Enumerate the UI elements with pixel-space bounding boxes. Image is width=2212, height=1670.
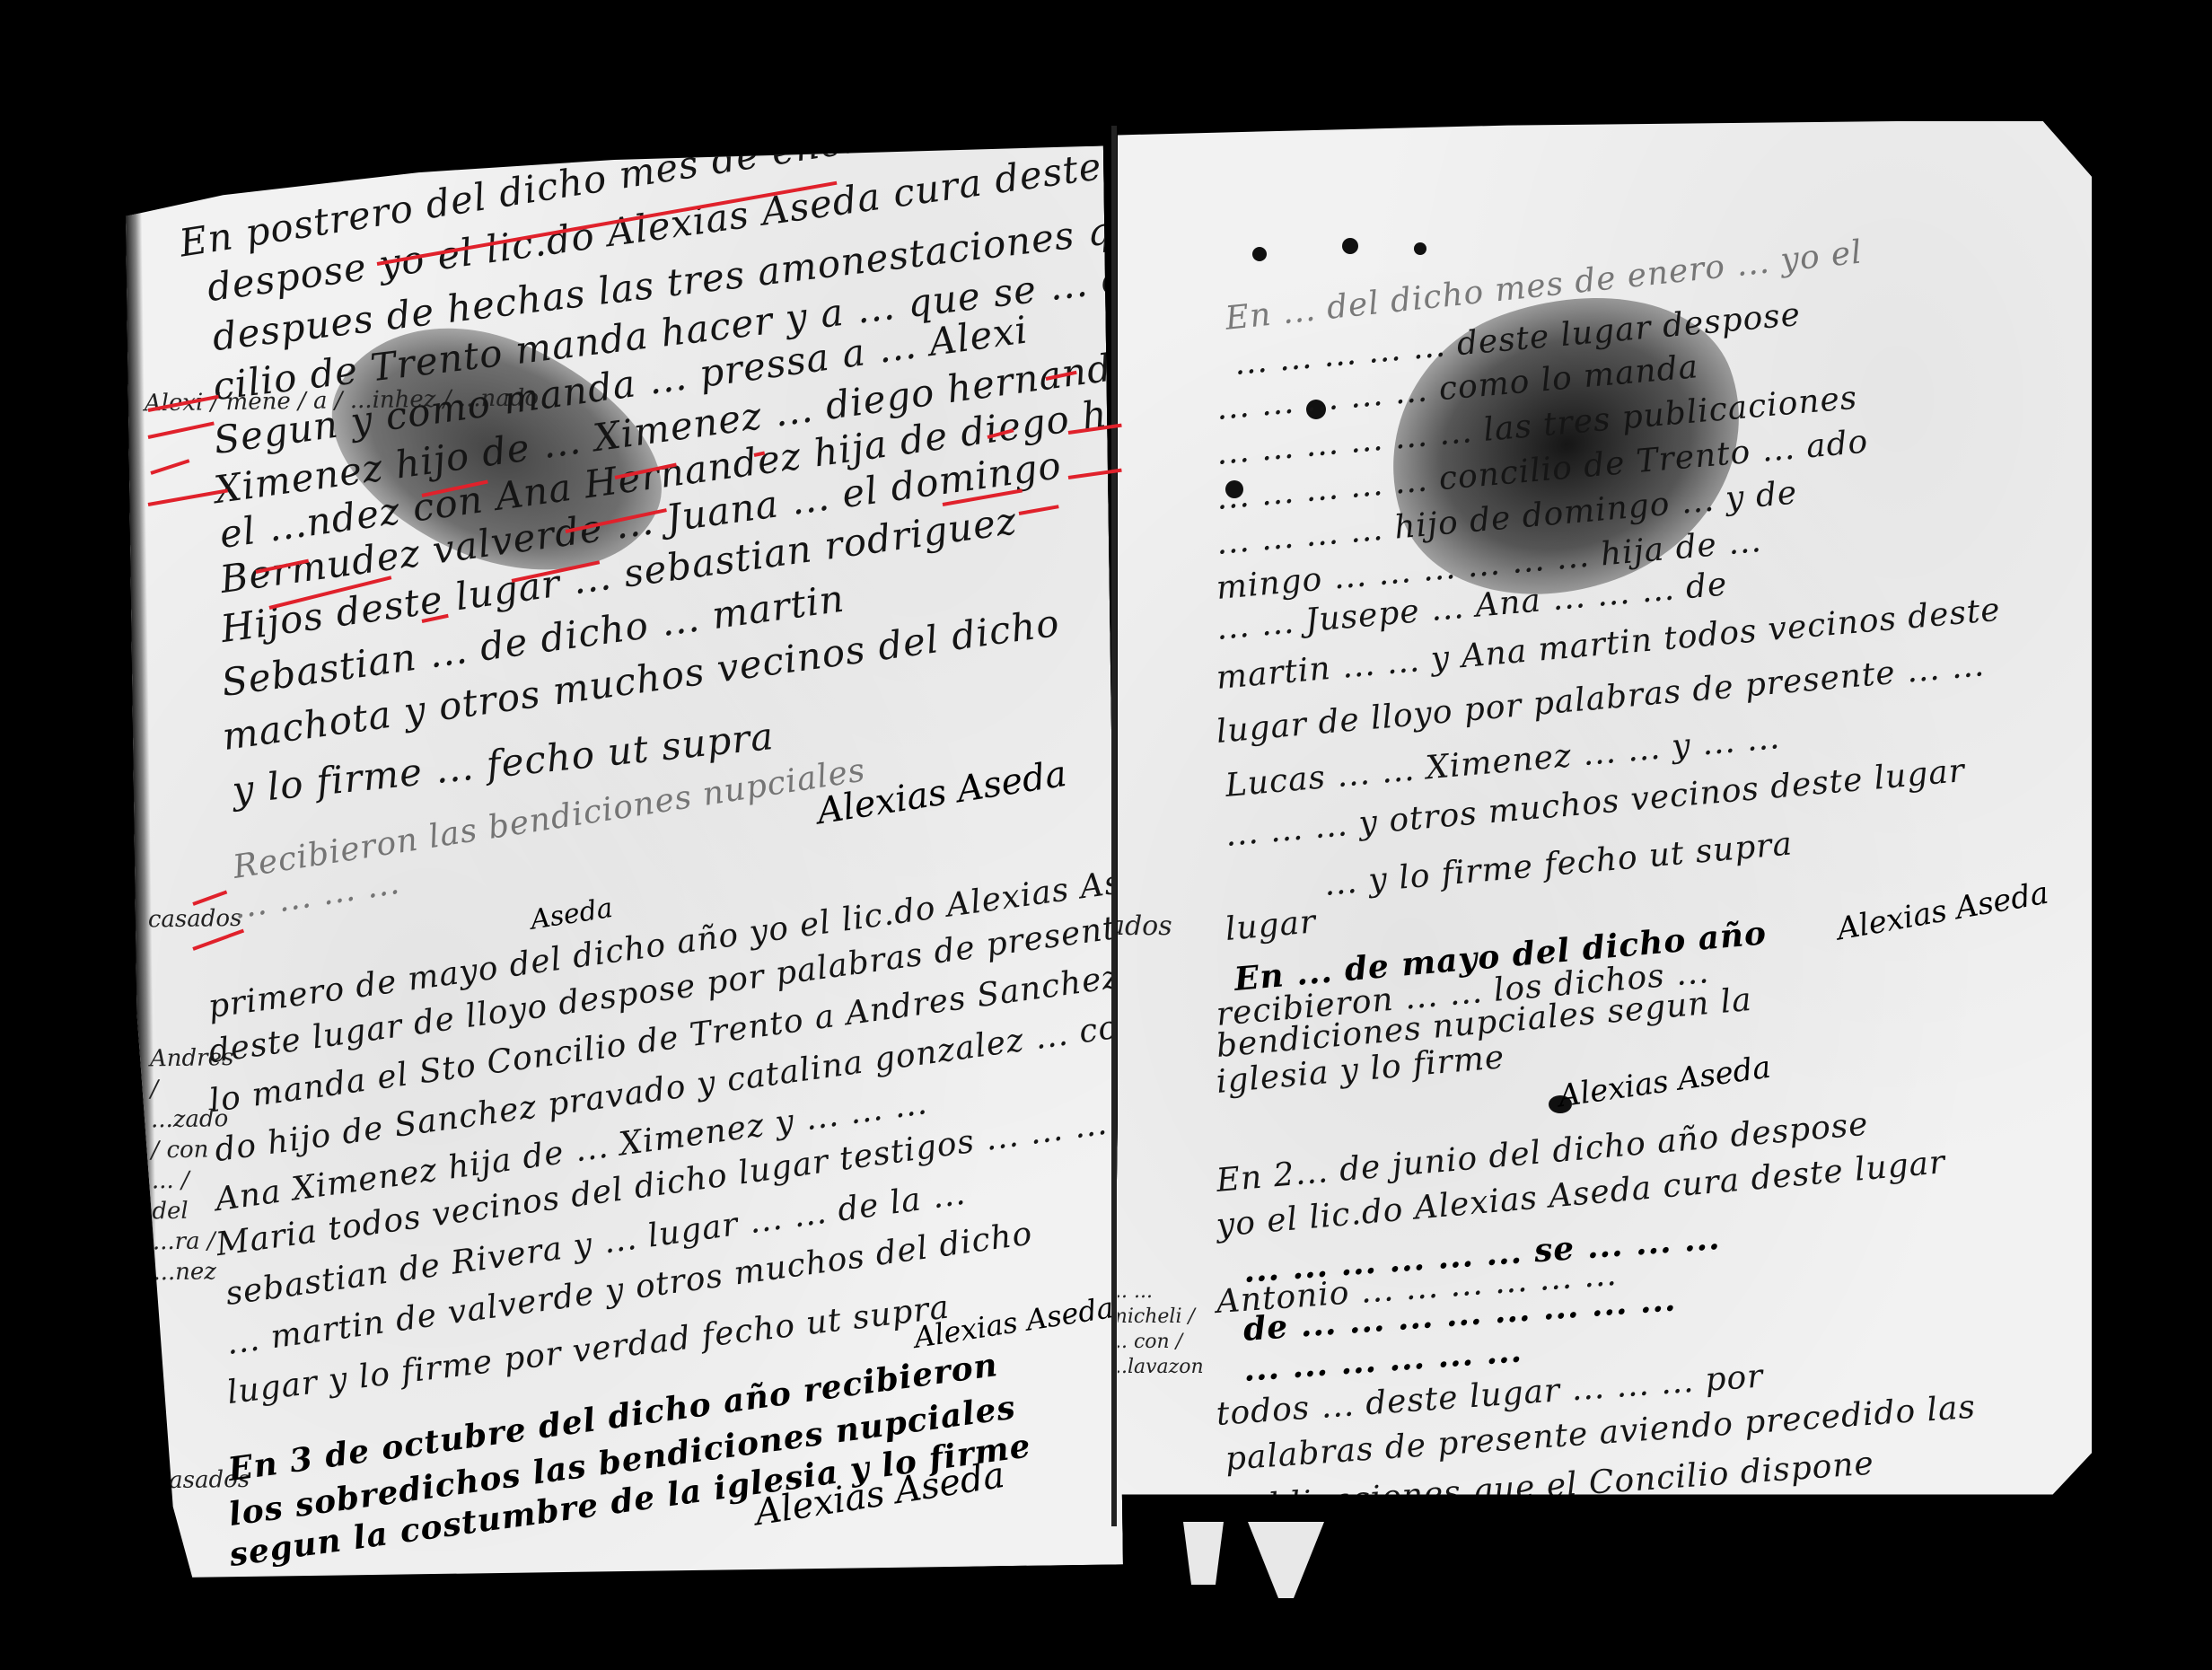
margin-note: casados xyxy=(148,903,242,935)
ink-drop xyxy=(1414,242,1426,255)
signature: Alexias Aseda xyxy=(1834,875,2051,948)
margin-note: casados xyxy=(1118,911,1172,942)
ink-drop xyxy=(1252,247,1267,261)
ink-drop xyxy=(1342,238,1358,254)
signature: Aseda xyxy=(529,892,615,936)
left-page: Alexi / mene / a / ...inhez / ...nado ca… xyxy=(125,145,1123,1578)
book-binding xyxy=(1111,126,1117,1526)
margin-note: ... ... micheli / ... con / ...lavazon xyxy=(1118,1279,1198,1380)
signature: Alexias Aseda xyxy=(1556,1050,1773,1115)
margin-note: Andres / ...zado / con ... / del ...ra /… xyxy=(150,1042,225,1288)
entry-line: lugar xyxy=(1224,903,1318,948)
right-page: casados ... ... micheli / ... con / ...l… xyxy=(1118,121,2092,1508)
